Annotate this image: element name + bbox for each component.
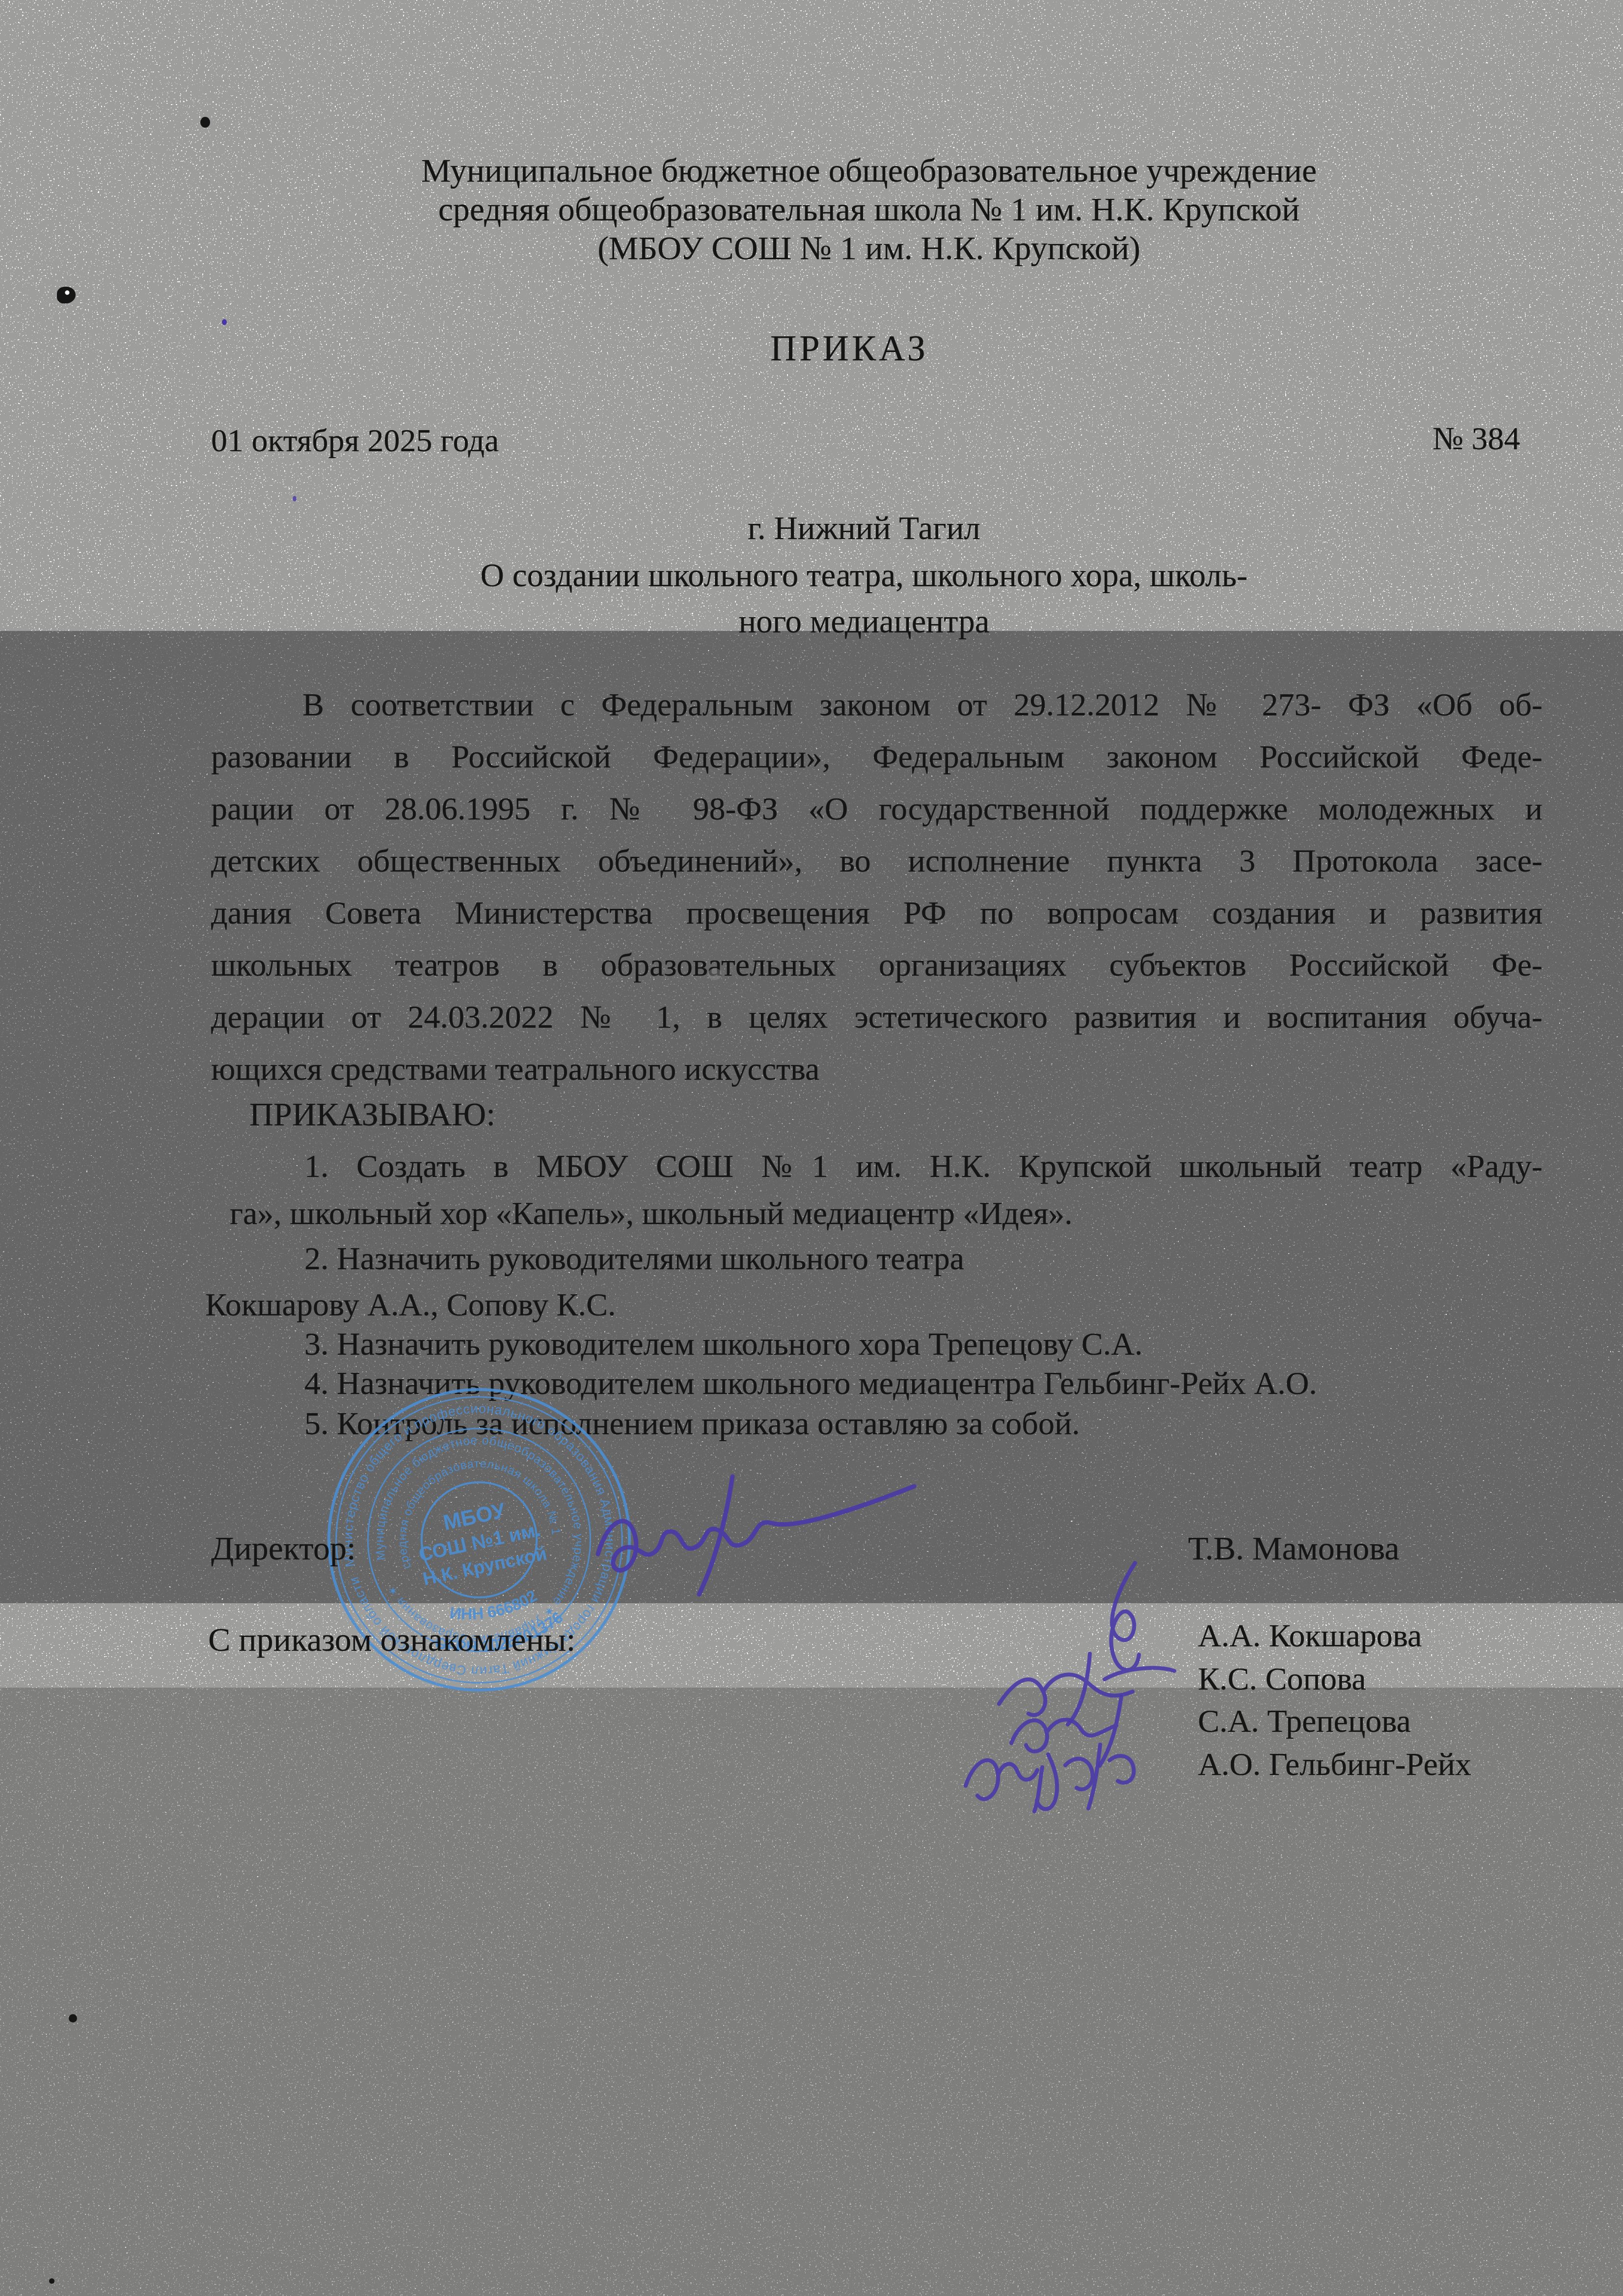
body-line: детских общественных объединений», во ис… — [211, 843, 1542, 880]
ack-name: С.А. Трепецова — [1198, 1703, 1411, 1740]
acknowledged-label: С приказом ознакомлены: — [208, 1620, 575, 1659]
org-name-line1: Муниципальное бюджетное общеобразователь… — [275, 151, 1463, 190]
ink-speck — [200, 117, 210, 128]
gray-smudge — [708, 968, 722, 980]
document-date: 01 октября 2025 года — [211, 422, 499, 460]
organization-header: Муниципальное бюджетное общеобразователь… — [275, 151, 1463, 268]
director-label: Директор: — [211, 1529, 356, 1568]
ack-name: А.А. Кокшарова — [1198, 1617, 1422, 1655]
ink-speck — [49, 2278, 54, 2284]
subject-line1: О создании школьного театра, школьного х… — [196, 557, 1532, 595]
signature-ink-gelbing — [955, 1726, 1176, 1824]
order-item-line: га», школьный хор «Капель», школьный мед… — [230, 1195, 1073, 1232]
body-line: ющихся средствами театрального искусства — [211, 1051, 1542, 1088]
order-item-line: 1. Создать в МБОУ СОШ №1 им. Н.К. Крупск… — [211, 1148, 1542, 1185]
org-name-line2: средняя общеобразовательная школа № 1 им… — [275, 190, 1463, 229]
ack-name: А.О. Гельбинг-Рейх — [1198, 1746, 1471, 1783]
body-line: разовании в Российской Федерации», Федер… — [211, 738, 1542, 776]
ink-fleck-violet — [222, 319, 227, 325]
resolve-word: ПРИКАЗЫВАЮ: — [249, 1095, 495, 1134]
director-signature-ink — [579, 1456, 933, 1603]
director-name: Т.В. Мамонова — [1188, 1529, 1400, 1568]
city-line: г. Нижний Тагил — [196, 510, 1532, 547]
order-item-line: Кокшарову А.А., Сопову К.С. — [205, 1286, 616, 1324]
body-line: дерации от 24.03.2022 № 1, в целях эстет… — [211, 999, 1542, 1036]
document-number: № 384 — [1433, 420, 1520, 458]
body-line: школьных театров в образовательных орган… — [211, 947, 1542, 984]
body-line: рации от 28.06.1995 г. № 98-ФЗ «О госуда… — [211, 791, 1542, 828]
document-type-title: ПРИКАЗ — [0, 328, 1623, 370]
body-line: В соответствии с Федеральным законом от … — [211, 686, 1542, 724]
order-item-line: 3. Назначить руководителем школьного хор… — [304, 1326, 1143, 1363]
ink-speck — [69, 2014, 77, 2023]
scanned-order-document: Муниципальное бюджетное общеобразователь… — [0, 0, 1623, 2296]
org-name-line3: (МБОУ СОШ № 1 им. Н.К. Крупской) — [275, 229, 1463, 268]
ink-fleck-violet — [293, 496, 297, 501]
body-line: дания Совета Министерства просвещения РФ… — [211, 895, 1542, 932]
ack-name: К.С. Сопова — [1198, 1661, 1366, 1698]
subject-line2: ного медиацентра — [196, 603, 1532, 641]
order-item-line: 2. Назначить руководителями школьного те… — [304, 1240, 964, 1278]
